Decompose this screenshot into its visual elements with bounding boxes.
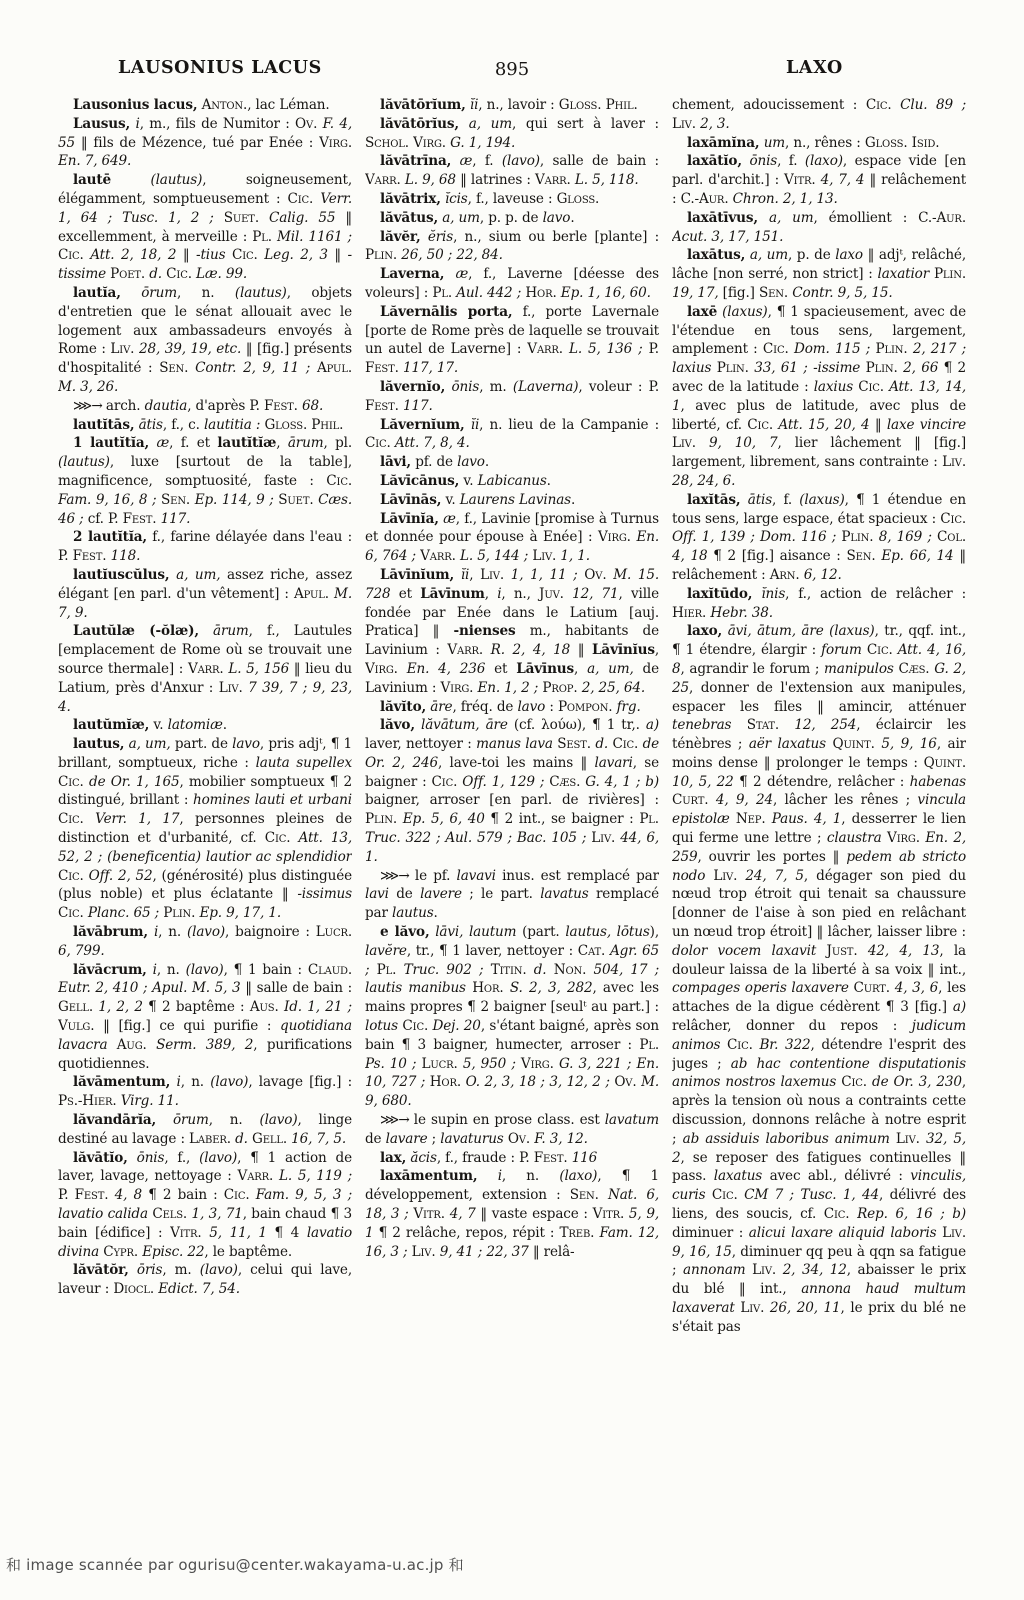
headword: laxāmĭna, bbox=[687, 135, 760, 151]
headword: laxē bbox=[687, 304, 717, 320]
continuation-paragraph: chement, adoucissement : Cic. Clu. 89 ; … bbox=[672, 96, 966, 134]
headword: lăvĭto, bbox=[380, 699, 426, 715]
dictionary-entry: lāvi, pf. de lavo. bbox=[365, 453, 659, 472]
dictionary-entry: lăvāmentum, i, n. (lavo), lavage [fig.] … bbox=[58, 1073, 352, 1111]
headword: lāvi, bbox=[380, 454, 411, 470]
headword: lăvātus, bbox=[380, 210, 438, 226]
dictionary-entry: lăvābrum, i, n. (lavo), baignoire : Lucr… bbox=[58, 923, 352, 961]
headword: lautē bbox=[73, 172, 111, 188]
text-column-2: lăvātōrĭum, ĭi, n., lavoir : Gloss. Phil… bbox=[365, 96, 659, 1544]
dictionary-entry: Lāvīnās, v. Laurens Lavinas. bbox=[365, 491, 659, 510]
dictionary-entry: lautŭmĭæ, v. latomiæ. bbox=[58, 716, 352, 735]
headword: lautĭa, bbox=[73, 285, 121, 301]
dictionary-entry: lăvātōrĭus, a, um, qui sert à laver : Sc… bbox=[365, 115, 659, 153]
dictionary-entry: lăvandārĭa, ōrum, n. (lavo), linge desti… bbox=[58, 1111, 352, 1149]
headword: Lāvīnās, bbox=[380, 492, 441, 508]
headword: lăvācrum, bbox=[73, 962, 147, 978]
dictionary-entry: lăvātrīna, æ, f. (lavo), salle de bain :… bbox=[365, 152, 659, 190]
dictionary-entry: laxāmentum, i, n. (laxo), ¶ 1 développem… bbox=[365, 1167, 659, 1261]
dictionary-entry: lăvātĭo, ōnis, f., (lavo), ¶ 1 action de… bbox=[58, 1149, 352, 1262]
headword: lautŭmĭæ, bbox=[73, 717, 149, 733]
dictionary-entry: Lautŭlæ (-ŏlæ), ārum, f., Lautules [empl… bbox=[58, 622, 352, 716]
headword: lăvātōrĭum, bbox=[380, 97, 466, 113]
headword: lax, bbox=[380, 1150, 406, 1166]
headword: lautĭtās, bbox=[73, 417, 134, 433]
dictionary-entry: lautĭtās, ātis, f., c. lautitia : Gloss.… bbox=[58, 416, 352, 435]
dictionary-entry: lautē (lautus), soigneusement, élégammen… bbox=[58, 171, 352, 284]
headword: laxĭtās, bbox=[687, 492, 741, 508]
headword: Lăvīcānus, bbox=[380, 473, 459, 489]
dictionary-entry: lăvĭto, āre, fréq. de lavo : Pompon. frg… bbox=[365, 698, 659, 717]
headword: Laverna, bbox=[380, 266, 444, 282]
remark-arrow-icon: ⋙→ bbox=[73, 398, 102, 414]
headword: lautĭuscŭlus, bbox=[73, 567, 169, 583]
dictionary-entry: lăvĕr, ĕris, n., sium ou berle [plante] … bbox=[365, 228, 659, 266]
headword: lautus, bbox=[73, 736, 124, 752]
headword: lăvātrīna, bbox=[380, 153, 451, 169]
headword: Lausus, bbox=[73, 116, 130, 132]
headword: laxĭtūdo, bbox=[687, 586, 752, 602]
dictionary-entry: lăvātōrĭum, ĭi, n., lavoir : Gloss. Phil… bbox=[365, 96, 659, 115]
headword: Lautŭlæ (-ŏlæ), bbox=[73, 623, 199, 639]
remark-paragraph: ⋙→ le supin en prose class. est lavatum … bbox=[365, 1111, 659, 1149]
headword: Lăvernĭum, bbox=[380, 417, 465, 433]
page-header: LAUSONIUS LACUS 895 LAXO bbox=[0, 58, 1024, 86]
headword: lăvandārĭa, bbox=[73, 1112, 156, 1128]
dictionary-entry: lautus, a, um, part. de lavo, pris adjᵗ,… bbox=[58, 735, 352, 923]
headword: lăvĕr, bbox=[380, 229, 421, 245]
headword: lăvernĭo, bbox=[380, 379, 445, 395]
dictionary-entry: Lăvīcānus, v. Labicanus. bbox=[365, 472, 659, 491]
scanned-dictionary-page: LAUSONIUS LACUS 895 LAXO Lausonius lacus… bbox=[0, 0, 1024, 1600]
headword: 2 lautĭtĭa, bbox=[73, 529, 147, 545]
remark-paragraph: ⋙→ arch. dautia, d'après P. Fest. 68. bbox=[58, 397, 352, 416]
headword: lăvātĭo, bbox=[73, 1150, 128, 1166]
dictionary-entry: Laverna, æ, f., Laverne [déesse des vole… bbox=[365, 265, 659, 303]
page-number: 895 bbox=[0, 59, 1024, 80]
dictionary-entry: Lāvīnĭa, æ, f., Lavinie [promise à Turnu… bbox=[365, 510, 659, 566]
remark-arrow-icon: ⋙→ bbox=[380, 1112, 409, 1128]
headword: Lăvernālis porta, bbox=[380, 304, 512, 320]
headword: lăvo, bbox=[380, 717, 415, 733]
dictionary-entry: laxĭtūdo, ĭnis, f., action de relâcher :… bbox=[672, 585, 966, 623]
headword: 1 lautĭtĭa, bbox=[73, 435, 149, 451]
headword: laxātĭo, bbox=[687, 153, 742, 169]
dictionary-entry: laxo, āvi, ātum, āre (laxus), tr., qqf. … bbox=[672, 622, 966, 1336]
headword: laxātīvus, bbox=[687, 210, 758, 226]
headword: lăvābrum, bbox=[73, 924, 148, 940]
text-column-1: Lausonius lacus, Anton., lac Léman.Lausu… bbox=[58, 96, 352, 1544]
headword: e lăvo, bbox=[380, 924, 430, 940]
dictionary-entry: lăvātrix, ĭcis, f., laveuse : Gloss. bbox=[365, 190, 659, 209]
dictionary-entry: lăvo, lăvātum, āre (cf. λούω), ¶ 1 tr,. … bbox=[365, 716, 659, 866]
dictionary-entry: lax, ăcis, f., fraude : P. Fest. 116 bbox=[365, 1149, 659, 1168]
dictionary-entry: lăvātus, a, um, p. p. de lavo. bbox=[365, 209, 659, 228]
text-column-3: chement, adoucissement : Cic. Clu. 89 ; … bbox=[672, 96, 966, 1544]
dictionary-entry: Lăvernālis porta, f., porte Lavernale [p… bbox=[365, 303, 659, 378]
dictionary-entry: Lausonius lacus, Anton., lac Léman. bbox=[58, 96, 352, 115]
dictionary-entry: e lăvo, lāvi, lautum (part. lautus, lōtu… bbox=[365, 923, 659, 1111]
dictionary-entry: laxāmĭna, um, n., rênes : Gloss. Isid. bbox=[672, 134, 966, 153]
remark-arrow-icon: ⋙→ bbox=[380, 868, 409, 884]
headword: lăvātŏr, bbox=[73, 1262, 129, 1278]
dictionary-entry: laxĭtās, ātis, f. (laxus), ¶ 1 étendue e… bbox=[672, 491, 966, 585]
dictionary-entry: lăvātŏr, ōris, m. (lavo), celui qui lave… bbox=[58, 1261, 352, 1299]
dictionary-entry: Lausus, i, m., fils de Numitor : Ov. F. … bbox=[58, 115, 352, 171]
headword: lăvātōrĭus, bbox=[380, 116, 459, 132]
headword: laxo, bbox=[687, 623, 722, 639]
header-right-catchword: LAXO bbox=[786, 58, 843, 78]
headword: Lausonius lacus, bbox=[73, 97, 197, 113]
headword: Lāvīnĭa, bbox=[380, 511, 439, 527]
headword: laxāmentum, bbox=[380, 1168, 477, 1184]
dictionary-entry: laxātus, a, um, p. de laxo ‖ adjᵗ, relâc… bbox=[672, 246, 966, 302]
headword: Lāvīnĭum, bbox=[380, 567, 454, 583]
dictionary-columns: Lausonius lacus, Anton., lac Léman.Lausu… bbox=[58, 96, 966, 1544]
dictionary-entry: 2 lautĭtĭa, f., farine délayée dans l'ea… bbox=[58, 528, 352, 566]
dictionary-entry: Lăvernĭum, ĭi, n. lieu de la Campanie : … bbox=[365, 416, 659, 454]
dictionary-entry: laxātīvus, a, um, émollient : C.-Aur. Ac… bbox=[672, 209, 966, 247]
headword: laxātus, bbox=[687, 247, 745, 263]
dictionary-entry: lautĭuscŭlus, a, um, assez riche, assez … bbox=[58, 566, 352, 622]
headword: lăvāmentum, bbox=[73, 1074, 170, 1090]
dictionary-entry: laxē (laxus), ¶ 1 spacieusement, avec de… bbox=[672, 303, 966, 491]
scan-credit-footer: 和 image scannée par ogurisu@center.wakay… bbox=[6, 1554, 464, 1575]
dictionary-entry: 1 lautĭtĭa, æ, f. et lautĭtĭæ, ārum, pl.… bbox=[58, 434, 352, 528]
dictionary-entry: lăvācrum, i, n. (lavo), ¶ 1 bain : Claud… bbox=[58, 961, 352, 1074]
dictionary-entry: lautĭa, ōrum, n. (lautus), objets d'entr… bbox=[58, 284, 352, 397]
dictionary-entry: laxātĭo, ōnis, f. (laxo), espace vide [e… bbox=[672, 152, 966, 208]
dictionary-entry: Lāvīnĭum, ĭi, Liv. 1, 1, 11 ; Ov. M. 15.… bbox=[365, 566, 659, 698]
dictionary-entry: lăvernĭo, ōnis, m. (Laverna), voleur : P… bbox=[365, 378, 659, 416]
headword: lăvātrix, bbox=[380, 191, 441, 207]
remark-paragraph: ⋙→ le pf. lavavi inus. est remplacé par … bbox=[365, 867, 659, 923]
